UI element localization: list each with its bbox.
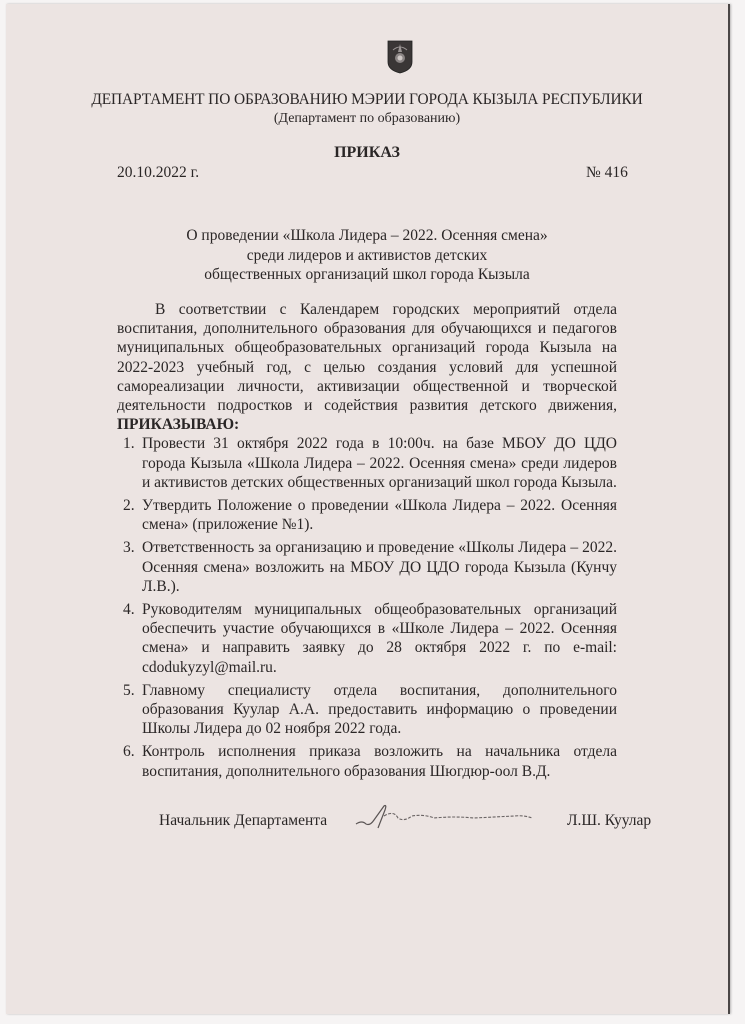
item-number: 3. — [123, 538, 135, 557]
organization-name: ДЕПАРТАМЕНТ ПО ОБРАЗОВАНИЮ МЭРИИ ГОРОДА … — [6, 91, 728, 109]
item-text: Главному специалисту отдела воспитания, … — [142, 682, 617, 737]
order-item: 4.Руководителям муниципальных общеобразо… — [117, 600, 617, 677]
order-command: ПРИКАЗЫВАЮ: — [117, 416, 239, 433]
item-number: 1. — [123, 434, 135, 453]
document-title: О проведении «Школа Лидера – 2022. Осенн… — [6, 226, 728, 285]
order-item: 5.Главному специалисту отдела воспитания… — [117, 681, 617, 739]
order-item: 2.Утвердить Положение о проведении «Школ… — [117, 496, 617, 534]
item-text: Провести 31 октября 2022 года в 10:00ч. … — [142, 435, 617, 490]
item-number: 4. — [123, 600, 135, 619]
intro-text: В соответствии с Календарем городских ме… — [117, 301, 617, 414]
order-item: 6.Контроль исполнения приказа возложить … — [117, 742, 617, 780]
order-item: 3.Ответственность за организацию и прове… — [117, 538, 617, 596]
item-number: 5. — [123, 681, 135, 700]
order-item: 1.Провести 31 октября 2022 года в 10:00ч… — [117, 434, 617, 492]
title-line: общественных организаций школ города Кыз… — [6, 265, 728, 285]
document-number: № 416 — [586, 164, 628, 182]
intro-paragraph: В соответствии с Календарем городских ме… — [117, 300, 617, 434]
city-emblem-icon — [387, 40, 413, 74]
document-date: 20.10.2022 г. — [117, 164, 199, 182]
organization-short-name: (Департамент по образованию) — [6, 111, 728, 127]
item-number: 6. — [123, 742, 135, 761]
item-text: Ответственность за организацию и проведе… — [142, 539, 617, 594]
item-text: Контроль исполнения приказа возложить на… — [142, 743, 617, 779]
signatory-name: Л.Ш. Куулар — [567, 812, 651, 830]
item-number: 2. — [123, 496, 135, 515]
order-items-list: 1.Провести 31 октября 2022 года в 10:00ч… — [117, 434, 617, 780]
item-text: Руководителям муниципальных общеобразова… — [142, 601, 617, 676]
signatory-title: Начальник Департамента — [159, 812, 327, 830]
document-body: В соответствии с Календарем городских ме… — [117, 300, 617, 785]
document-type-heading: ПРИКАЗ — [6, 144, 728, 162]
title-line: среди лидеров и активистов детских — [6, 246, 728, 266]
handwritten-signature-icon — [354, 802, 544, 832]
title-line: О проведении «Школа Лидера – 2022. Осенн… — [6, 226, 728, 246]
scanned-document-page: ДЕПАРТАМЕНТ ПО ОБРАЗОВАНИЮ МЭРИИ ГОРОДА … — [6, 4, 730, 1014]
item-text: Утвердить Положение о проведении «Школа … — [142, 497, 617, 533]
